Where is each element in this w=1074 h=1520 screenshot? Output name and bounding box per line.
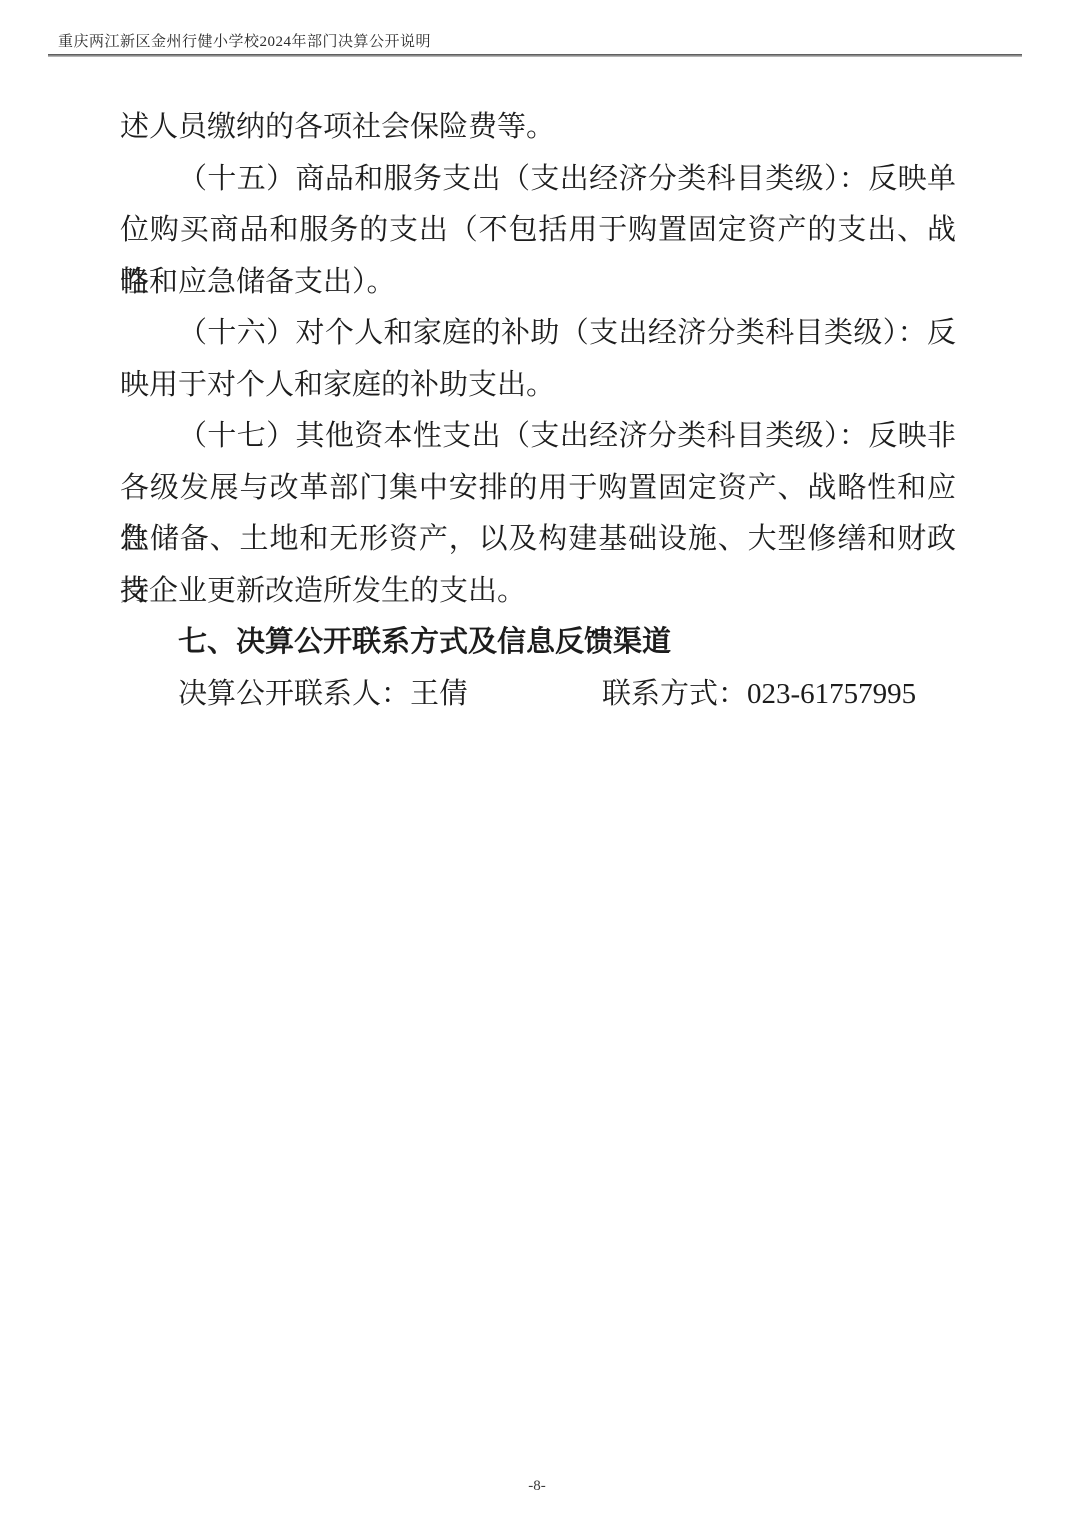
- contact-person: 决算公开联系人：王倩: [178, 678, 468, 710]
- body-line: 性储备、土地和无形资产，以及构建基础设施、大型修缮和财政支: [120, 514, 956, 566]
- body-line: （十六）对个人和家庭的补助（支出经济分类科目类级）：反: [120, 308, 956, 360]
- body-line: （十五）商品和服务支出（支出经济分类科目类级）：反映单: [120, 154, 956, 206]
- page-footer: -8-: [0, 1478, 1074, 1495]
- section-heading: 七、决算公开联系方式及信息反馈渠道: [120, 617, 956, 669]
- body-line: 持企业更新改造所发生的支出。: [120, 566, 956, 618]
- body-line: 位购买商品和服务的支出（不包括用于购置固定资产的支出、战略: [120, 205, 956, 257]
- page-number: -8-: [528, 1478, 546, 1494]
- header-title: 重庆两江新区金州行健小学校2024年部门决算公开说明: [58, 30, 431, 51]
- contact-line: 决算公开联系人：王倩联系方式：023-61757995: [120, 669, 956, 721]
- header-rule: [48, 54, 1022, 57]
- body-line: 述人员缴纳的各项社会保险费等。: [120, 102, 956, 154]
- body-line: （十七）其他资本性支出（支出经济分类科目类级）：反映非: [120, 411, 956, 463]
- body-line: 各级发展与改革部门集中安排的用于购置固定资产、战略性和应急: [120, 463, 956, 515]
- document-body: 述人员缴纳的各项社会保险费等。 （十五）商品和服务支出（支出经济分类科目类级）：…: [120, 102, 956, 720]
- body-line: 性和应急储备支出）。: [120, 257, 956, 309]
- contact-phone: 联系方式：023-61757995: [602, 678, 916, 710]
- document-page: 重庆两江新区金州行健小学校2024年部门决算公开说明 述人员缴纳的各项社会保险费…: [0, 0, 1074, 1520]
- body-line: 映用于对个人和家庭的补助支出。: [120, 360, 956, 412]
